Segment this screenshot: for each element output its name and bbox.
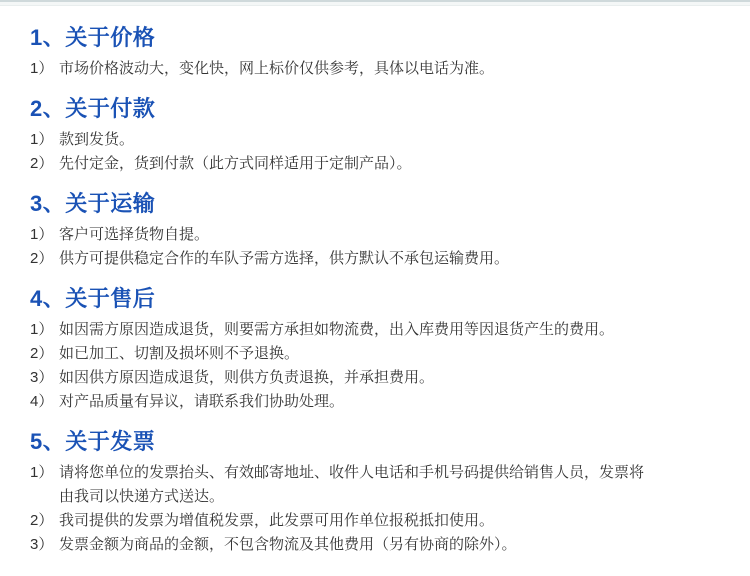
list-item: 4） 对产品质量有异议，请联系我们协助处理。 — [30, 390, 690, 414]
item-text: 如因需方原因造成退货，则要需方承担如物流费，出入库费用等因退货产生的费用。 — [59, 318, 651, 342]
item-list: 1） 客户可选择货物自提。 2） 供方可提供稳定合作的车队予需方选择，供方默认不… — [30, 223, 690, 271]
list-item: 3） 如因供方原因造成退货，则供方负责退换，并承担费用。 — [30, 366, 690, 390]
item-number: 1） — [30, 318, 59, 342]
item-text: 客户可选择货物自提。 — [59, 223, 651, 247]
item-number: 3） — [30, 533, 59, 557]
section-title: 2、关于付款 — [30, 96, 690, 122]
item-text: 款到发货。 — [59, 128, 651, 152]
item-list: 1） 款到发货。 2） 先付定金，货到付款（此方式同样适用于定制产品）。 — [30, 128, 690, 176]
item-text: 如已加工、切割及损坏则不予退换。 — [59, 342, 651, 366]
item-number: 2） — [30, 247, 59, 271]
faq-section-3: 3、关于运输 1） 客户可选择货物自提。 2） 供方可提供稳定合作的车队予需方选… — [30, 191, 690, 271]
faq-section-2: 2、关于付款 1） 款到发货。 2） 先付定金，货到付款（此方式同样适用于定制产… — [30, 96, 690, 176]
item-text: 先付定金，货到付款（此方式同样适用于定制产品）。 — [59, 152, 651, 176]
item-number: 1） — [30, 223, 59, 247]
section-title: 3、关于运输 — [30, 191, 690, 217]
section-title: 4、关于售后 — [30, 286, 690, 312]
item-text: 市场价格波动大，变化快，网上标价仅供参考，具体以电话为准。 — [59, 57, 651, 81]
item-text: 请将您单位的发票抬头、有效邮寄地址、收件人电话和手机号码提供给销售人员，发票将由… — [59, 461, 651, 509]
item-list: 1） 如因需方原因造成退货，则要需方承担如物流费，出入库费用等因退货产生的费用。… — [30, 318, 690, 414]
item-text: 对产品质量有异议，请联系我们协助处理。 — [59, 390, 651, 414]
item-number: 1） — [30, 128, 59, 152]
item-number: 2） — [30, 342, 59, 366]
list-item: 3） 发票金额为商品的金额，不包含物流及其他费用（另有协商的除外）。 — [30, 533, 690, 557]
section-title: 1、关于价格 — [30, 25, 690, 51]
faq-section-5: 5、关于发票 1） 请将您单位的发票抬头、有效邮寄地址、收件人电话和手机号码提供… — [30, 429, 690, 557]
list-item: 2） 供方可提供稳定合作的车队予需方选择，供方默认不承包运输费用。 — [30, 247, 690, 271]
item-number: 3） — [30, 366, 59, 390]
faq-content: 1、关于价格 1） 市场价格波动大，变化快，网上标价仅供参考，具体以电话为准。 … — [0, 6, 750, 557]
list-item: 1） 请将您单位的发票抬头、有效邮寄地址、收件人电话和手机号码提供给销售人员，发… — [30, 461, 690, 509]
list-item: 1） 客户可选择货物自提。 — [30, 223, 690, 247]
item-number: 2） — [30, 152, 59, 176]
item-number: 1） — [30, 57, 59, 81]
item-text: 我司提供的发票为增值税发票，此发票可用作单位报税抵扣使用。 — [59, 509, 651, 533]
list-item: 1） 市场价格波动大，变化快，网上标价仅供参考，具体以电话为准。 — [30, 57, 690, 81]
item-number: 2） — [30, 509, 59, 533]
item-text: 发票金额为商品的金额，不包含物流及其他费用（另有协商的除外）。 — [59, 533, 651, 557]
page: 1、关于价格 1） 市场价格波动大，变化快，网上标价仅供参考，具体以电话为准。 … — [0, 0, 750, 576]
faq-section-4: 4、关于售后 1） 如因需方原因造成退货，则要需方承担如物流费，出入库费用等因退… — [30, 286, 690, 414]
item-number: 1） — [30, 461, 59, 509]
list-item: 2） 先付定金，货到付款（此方式同样适用于定制产品）。 — [30, 152, 690, 176]
item-list: 1） 请将您单位的发票抬头、有效邮寄地址、收件人电话和手机号码提供给销售人员，发… — [30, 461, 690, 557]
list-item: 1） 如因需方原因造成退货，则要需方承担如物流费，出入库费用等因退货产生的费用。 — [30, 318, 690, 342]
section-title: 5、关于发票 — [30, 429, 690, 455]
list-item: 1） 款到发货。 — [30, 128, 690, 152]
list-item: 2） 我司提供的发票为增值税发票，此发票可用作单位报税抵扣使用。 — [30, 509, 690, 533]
faq-section-1: 1、关于价格 1） 市场价格波动大，变化快，网上标价仅供参考，具体以电话为准。 — [30, 25, 690, 81]
item-list: 1） 市场价格波动大，变化快，网上标价仅供参考，具体以电话为准。 — [30, 57, 690, 81]
item-text: 供方可提供稳定合作的车队予需方选择，供方默认不承包运输费用。 — [59, 247, 651, 271]
list-item: 2） 如已加工、切割及损坏则不予退换。 — [30, 342, 690, 366]
item-text: 如因供方原因造成退货，则供方负责退换，并承担费用。 — [59, 366, 651, 390]
item-number: 4） — [30, 390, 59, 414]
